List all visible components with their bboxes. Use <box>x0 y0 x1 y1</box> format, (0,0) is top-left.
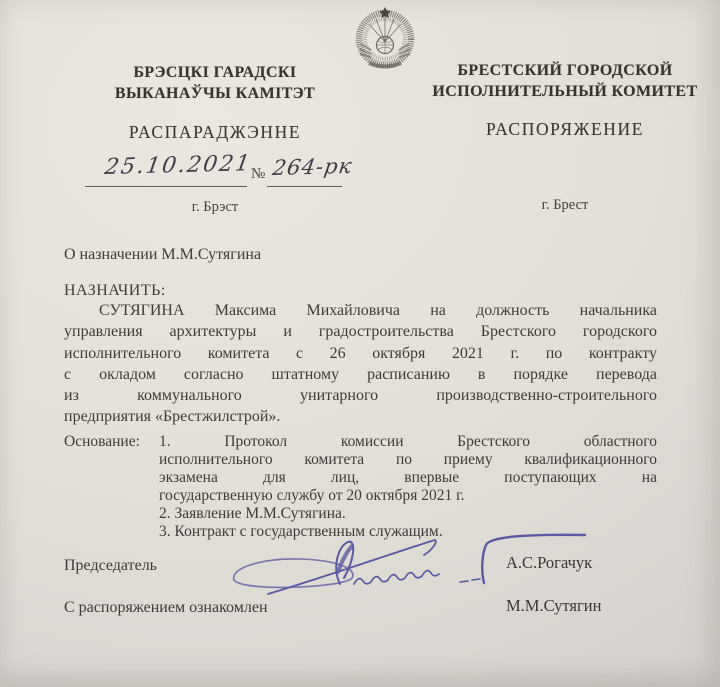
basis-item1-line: государственную службу от 20 октября 202… <box>159 487 657 505</box>
paragraph-line: СУТЯГИНА Максима Михайловича на должност… <box>64 300 657 321</box>
subject-line: О назначении М.М.Сутягина <box>64 246 261 264</box>
header-belarusian: БРЭСЦКІ ГАРАДСКІ ВЫКАНАЎЧЫ КАМІТЭТ <box>65 62 365 104</box>
number-handwritten: 264-рк <box>271 154 354 180</box>
basis-item1-line: исполнительного комитета по приему квали… <box>159 451 657 469</box>
city-russian: г. Брест <box>420 197 710 214</box>
org-name-ru-line1: БРЕСТСКИЙ ГОРОДСКОЙ <box>420 60 710 81</box>
coat-of-arms-emblem <box>344 4 426 70</box>
chairman-name: А.С.Рогачук <box>506 553 592 573</box>
city-belarusian: г. Брэст <box>65 199 365 216</box>
basis-item1-line: 1. Протокол комиссии Брестского областно… <box>159 433 657 451</box>
basis-item1-line: экзамена для лиц, впервые поступающих на <box>159 469 657 487</box>
directive-line: НАЗНАЧИТЬ: <box>64 282 166 300</box>
basis-item2: 2. Заявление М.М.Сутягина. <box>159 505 657 523</box>
org-name-by-line2: ВЫКАНАЎЧЫ КАМІТЭТ <box>65 83 365 104</box>
header-russian: БРЕСТСКИЙ ГОРОДСКОЙ ИСПОЛНИТЕЛЬНЫЙ КОМИТ… <box>420 60 710 102</box>
paragraph-line: из коммунального унитарного производстве… <box>64 385 657 406</box>
org-name-by-line1: БРЭСЦКІ ГАРАДСКІ <box>65 62 365 83</box>
chairman-label: Председатель <box>64 557 157 575</box>
paragraph-line: исполнительного комитета с 26 октября 20… <box>64 343 657 364</box>
paragraph-line: управления архитектуры и градостроительс… <box>64 321 657 342</box>
document-page: БРЭСЦКІ ГАРАДСКІ ВЫКАНАЎЧЫ КАМІТЭТ БРЕСТ… <box>0 0 720 687</box>
number-sign: № <box>251 166 265 183</box>
paragraph-line: с окладом согласно штатному расписанию в… <box>64 364 657 385</box>
main-paragraph: СУТЯГИНА Максима Михайловича на должност… <box>64 300 657 428</box>
date-handwritten: 25.10.2021 <box>103 151 253 180</box>
date-line <box>85 186 247 187</box>
paragraph-line: предприятия «Брестжилстрой». <box>64 406 657 427</box>
acknowledged-name: М.М.Сутягин <box>506 596 601 616</box>
org-name-ru-line2: ИСПОЛНИТЕЛЬНЫЙ КОМИТЕТ <box>420 81 710 102</box>
number-line <box>267 186 342 187</box>
doc-type-russian: РАСПОРЯЖЕНИЕ <box>420 119 710 140</box>
acknowledged-label: С распоряжением ознакомлен <box>64 599 268 617</box>
basis-list: 1. Протокол комиссии Брестского областно… <box>159 433 657 541</box>
doc-type-belarusian: РАСПАРАДЖЭННЕ <box>65 122 365 143</box>
basis-label: Основание: <box>64 433 140 451</box>
